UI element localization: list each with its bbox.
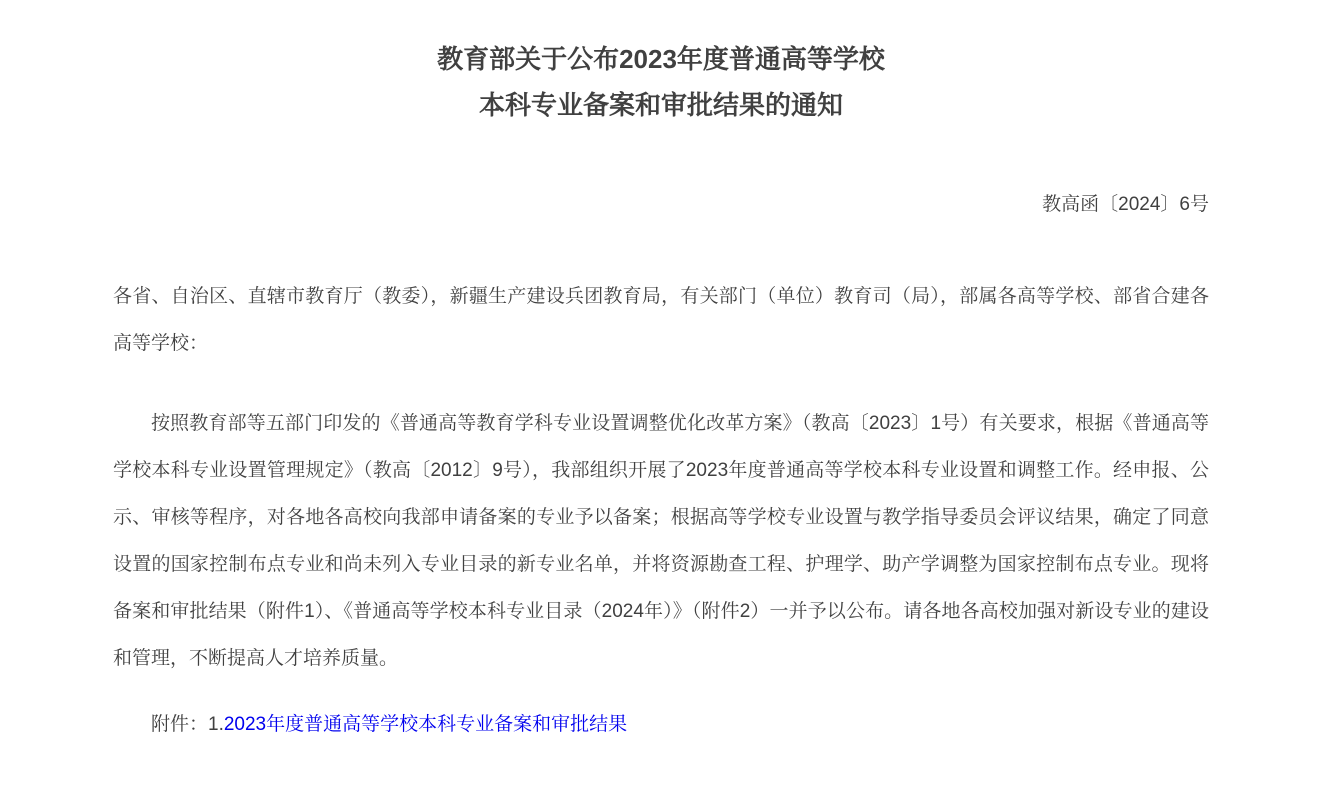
attachment-link[interactable]: 2023年度普通高等学校本科专业备案和审批结果: [224, 714, 627, 735]
document-number: 教高函〔2024〕6号: [113, 181, 1209, 228]
body-paragraph: 按照教育部等五部门印发的《普通高等教育学科专业设置调整优化改革方案》（教高〔20…: [113, 400, 1209, 682]
title-line-2: 本科专业备案和审批结果的通知: [113, 82, 1209, 128]
attachment-label: 附件：1.: [151, 714, 224, 735]
title-line-1: 教育部关于公布2023年度普通高等学校: [113, 36, 1209, 82]
page-title: 教育部关于公布2023年度普通高等学校 本科专业备案和审批结果的通知: [113, 17, 1209, 128]
notice-content: 教育部关于公布2023年度普通高等学校 本科专业备案和审批结果的通知 教高函〔2…: [113, 17, 1209, 748]
salutation-paragraph: 各省、自治区、直辖市教育厅（教委），新疆生产建设兵团教育局，有关部门（单位）教育…: [113, 273, 1209, 367]
attachment-line: 附件：1.2023年度普通高等学校本科专业备案和审批结果: [113, 701, 1209, 748]
notice-page: 教育部关于公布2023年度普通高等学校 本科专业备案和审批结果的通知 教高函〔2…: [0, 0, 1321, 789]
